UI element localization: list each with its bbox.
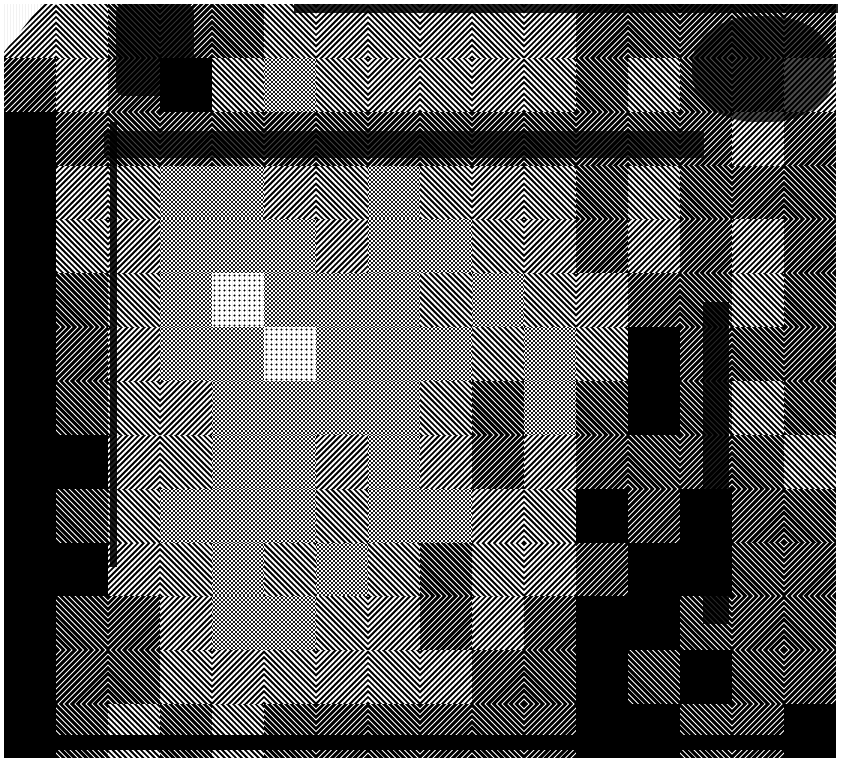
tone-cell — [628, 435, 680, 489]
tone-cell — [368, 4, 420, 58]
tone-cell — [160, 596, 212, 650]
tone-cell — [420, 381, 472, 435]
tone-cell — [264, 596, 316, 650]
tone-cell — [628, 543, 680, 597]
tone-cell — [784, 327, 836, 381]
tone-cell — [160, 112, 212, 166]
tone-cell — [472, 112, 524, 166]
tone-cell — [264, 489, 316, 543]
tone-cell — [420, 4, 472, 58]
tone-cell — [680, 596, 732, 650]
tone-cell — [680, 489, 732, 543]
tone-cell — [4, 596, 56, 650]
tone-cell — [316, 381, 368, 435]
tone-cell — [212, 273, 264, 327]
tone-cell — [264, 112, 316, 166]
tone-cell — [732, 704, 784, 758]
tone-cell — [576, 489, 628, 543]
tone-cell — [680, 112, 732, 166]
tone-cell — [4, 704, 56, 758]
tone-cell — [160, 4, 212, 58]
tone-cell — [316, 543, 368, 597]
tone-cell — [316, 58, 368, 112]
tone-cell — [160, 381, 212, 435]
tone-cell — [472, 596, 524, 650]
tone-cell — [56, 435, 108, 489]
tone-cell — [108, 381, 160, 435]
tone-cell — [316, 4, 368, 58]
tone-cell — [160, 650, 212, 704]
tone-cell — [264, 650, 316, 704]
tone-cell — [4, 381, 56, 435]
tone-cell — [628, 489, 680, 543]
tone-cell — [472, 650, 524, 704]
tone-cell — [576, 381, 628, 435]
tone-cell — [524, 381, 576, 435]
tone-cell — [316, 435, 368, 489]
tone-cell — [784, 381, 836, 435]
tone-cell — [524, 112, 576, 166]
tone-cell — [316, 166, 368, 220]
tone-cell — [732, 219, 784, 273]
tone-cell — [4, 166, 56, 220]
tone-cell — [628, 219, 680, 273]
tone-cell — [420, 273, 472, 327]
tone-cell — [316, 327, 368, 381]
tone-cell — [108, 166, 160, 220]
tone-cell — [784, 4, 836, 58]
tone-cell — [524, 596, 576, 650]
tone-cell — [212, 543, 264, 597]
tone-cell — [472, 489, 524, 543]
tone-cell — [576, 435, 628, 489]
tone-cell — [316, 489, 368, 543]
tone-cell — [524, 543, 576, 597]
tone-cell — [108, 112, 160, 166]
tone-cell — [108, 489, 160, 543]
tone-cell — [732, 489, 784, 543]
tone-cell — [368, 58, 420, 112]
tone-cell — [576, 219, 628, 273]
tone-cell — [524, 435, 576, 489]
tone-cell — [4, 4, 56, 58]
tone-cell — [472, 543, 524, 597]
tone-cell — [628, 58, 680, 112]
tone-cell — [732, 166, 784, 220]
tone-cell — [368, 381, 420, 435]
tone-cell — [316, 112, 368, 166]
tone-cell — [316, 596, 368, 650]
tone-cell — [576, 704, 628, 758]
tone-cell — [108, 650, 160, 704]
tone-cell — [576, 596, 628, 650]
tone-cell — [212, 650, 264, 704]
tone-cell — [4, 219, 56, 273]
tone-cell — [4, 435, 56, 489]
tone-cell — [212, 58, 264, 112]
tone-cell — [472, 435, 524, 489]
tone-cell — [680, 543, 732, 597]
tone-cell — [368, 273, 420, 327]
tone-cell — [212, 435, 264, 489]
tone-cell — [264, 166, 316, 220]
tone-cell — [628, 596, 680, 650]
tone-cell — [160, 166, 212, 220]
tone-cell — [732, 381, 784, 435]
tone-cell — [732, 596, 784, 650]
tone-cell — [264, 219, 316, 273]
tone-cell — [368, 543, 420, 597]
tone-cell — [212, 704, 264, 758]
tone-cell — [628, 4, 680, 58]
tone-cell — [212, 327, 264, 381]
tone-cell — [472, 273, 524, 327]
tone-cell — [56, 166, 108, 220]
tone-cell — [420, 327, 472, 381]
tone-cell — [56, 112, 108, 166]
tone-cell — [784, 596, 836, 650]
tone-cell — [368, 327, 420, 381]
tone-cell — [4, 58, 56, 112]
tone-cell — [524, 489, 576, 543]
tone-cell — [368, 489, 420, 543]
tone-cell — [108, 273, 160, 327]
tone-cell — [472, 4, 524, 58]
tone-cell — [472, 219, 524, 273]
tone-cell — [4, 650, 56, 704]
tone-cell — [576, 327, 628, 381]
tone-cell — [472, 166, 524, 220]
tone-cell — [56, 596, 108, 650]
tone-cell — [680, 435, 732, 489]
tone-cell — [368, 704, 420, 758]
tone-cell — [680, 4, 732, 58]
tone-cell — [732, 435, 784, 489]
tone-cell — [680, 273, 732, 327]
tone-cell — [576, 273, 628, 327]
screenshot-root — [0, 0, 842, 764]
tone-cell — [160, 489, 212, 543]
tone-cell — [628, 166, 680, 220]
tone-cell — [784, 58, 836, 112]
tone-cell — [784, 112, 836, 166]
tone-cell — [732, 650, 784, 704]
tone-cell — [212, 489, 264, 543]
tone-cell — [56, 650, 108, 704]
tone-cell — [264, 435, 316, 489]
tone-cell — [4, 112, 56, 166]
tone-cell — [368, 596, 420, 650]
tone-cell — [264, 58, 316, 112]
tone-cell — [264, 704, 316, 758]
tone-cell — [56, 381, 108, 435]
tone-cell — [732, 112, 784, 166]
tone-cell — [160, 704, 212, 758]
tone-cell — [420, 543, 472, 597]
tone-cell — [56, 219, 108, 273]
tone-cell — [264, 4, 316, 58]
tone-cell — [680, 381, 732, 435]
tone-cell — [576, 58, 628, 112]
tone-cell — [784, 435, 836, 489]
tone-cell — [524, 273, 576, 327]
tone-cell — [732, 543, 784, 597]
tone-cell — [420, 166, 472, 220]
tone-cell — [420, 435, 472, 489]
tone-cell — [4, 543, 56, 597]
tone-cell — [524, 704, 576, 758]
tone-cell — [784, 543, 836, 597]
tone-cell — [56, 543, 108, 597]
tone-cell — [472, 58, 524, 112]
tone-cell — [108, 596, 160, 650]
tone-cell — [56, 704, 108, 758]
tone-cell — [628, 273, 680, 327]
tone-cell — [108, 219, 160, 273]
tone-cell — [628, 381, 680, 435]
halftone-photo — [4, 4, 836, 758]
tone-cell — [56, 489, 108, 543]
tone-cell — [160, 327, 212, 381]
tone-cell — [732, 58, 784, 112]
tone-cell — [628, 112, 680, 166]
tone-cell — [212, 596, 264, 650]
tone-cell — [576, 166, 628, 220]
tone-cell — [628, 650, 680, 704]
tone-cell — [420, 112, 472, 166]
tone-cell — [56, 58, 108, 112]
tone-cell — [732, 4, 784, 58]
tone-cell — [576, 4, 628, 58]
tone-cell — [784, 219, 836, 273]
tone-cell — [472, 704, 524, 758]
tone-cell — [784, 273, 836, 327]
tone-cell — [108, 543, 160, 597]
tone-cell — [420, 596, 472, 650]
halftone-photo-grid — [4, 4, 836, 758]
tone-cell — [680, 219, 732, 273]
tone-cell — [368, 650, 420, 704]
tone-cell — [524, 58, 576, 112]
tone-cell — [264, 381, 316, 435]
tone-cell — [784, 489, 836, 543]
tone-cell — [212, 4, 264, 58]
tone-cell — [680, 166, 732, 220]
tone-cell — [524, 650, 576, 704]
tone-cell — [732, 327, 784, 381]
tone-cell — [160, 273, 212, 327]
tone-cell — [108, 58, 160, 112]
tone-cell — [420, 704, 472, 758]
tone-cell — [420, 489, 472, 543]
tone-cell — [108, 435, 160, 489]
tone-cell — [4, 327, 56, 381]
tone-cell — [472, 381, 524, 435]
tone-cell — [4, 489, 56, 543]
tone-cell — [524, 166, 576, 220]
tone-cell — [316, 650, 368, 704]
tone-cell — [368, 112, 420, 166]
tone-cell — [316, 704, 368, 758]
tone-cell — [784, 704, 836, 758]
tone-cell — [160, 58, 212, 112]
tone-cell — [680, 650, 732, 704]
tone-cell — [264, 543, 316, 597]
tone-cell — [316, 273, 368, 327]
tone-cell — [4, 273, 56, 327]
tone-cell — [680, 704, 732, 758]
tone-cell — [212, 166, 264, 220]
tone-cell — [524, 219, 576, 273]
tone-cell — [524, 327, 576, 381]
tone-cell — [108, 704, 160, 758]
tone-cell — [576, 650, 628, 704]
tone-cell — [212, 381, 264, 435]
tone-cell — [420, 58, 472, 112]
tone-cell — [160, 219, 212, 273]
tone-cell — [784, 650, 836, 704]
tone-cell — [732, 273, 784, 327]
tone-cell — [108, 4, 160, 58]
tone-cell — [160, 543, 212, 597]
tone-cell — [576, 112, 628, 166]
tone-cell — [576, 543, 628, 597]
tone-cell — [368, 166, 420, 220]
tone-cell — [784, 166, 836, 220]
tone-cell — [56, 4, 108, 58]
tone-cell — [420, 650, 472, 704]
tone-cell — [264, 327, 316, 381]
tone-cell — [628, 704, 680, 758]
tone-cell — [628, 327, 680, 381]
tone-cell — [420, 219, 472, 273]
tone-cell — [368, 435, 420, 489]
tone-cell — [212, 219, 264, 273]
tone-cell — [368, 219, 420, 273]
tone-cell — [316, 219, 368, 273]
tone-cell — [680, 327, 732, 381]
tone-cell — [524, 4, 576, 58]
tone-cell — [264, 273, 316, 327]
tone-cell — [472, 327, 524, 381]
tone-cell — [56, 327, 108, 381]
tone-cell — [212, 112, 264, 166]
tone-cell — [160, 435, 212, 489]
tone-cell — [108, 327, 160, 381]
tone-cell — [680, 58, 732, 112]
tone-cell — [56, 273, 108, 327]
